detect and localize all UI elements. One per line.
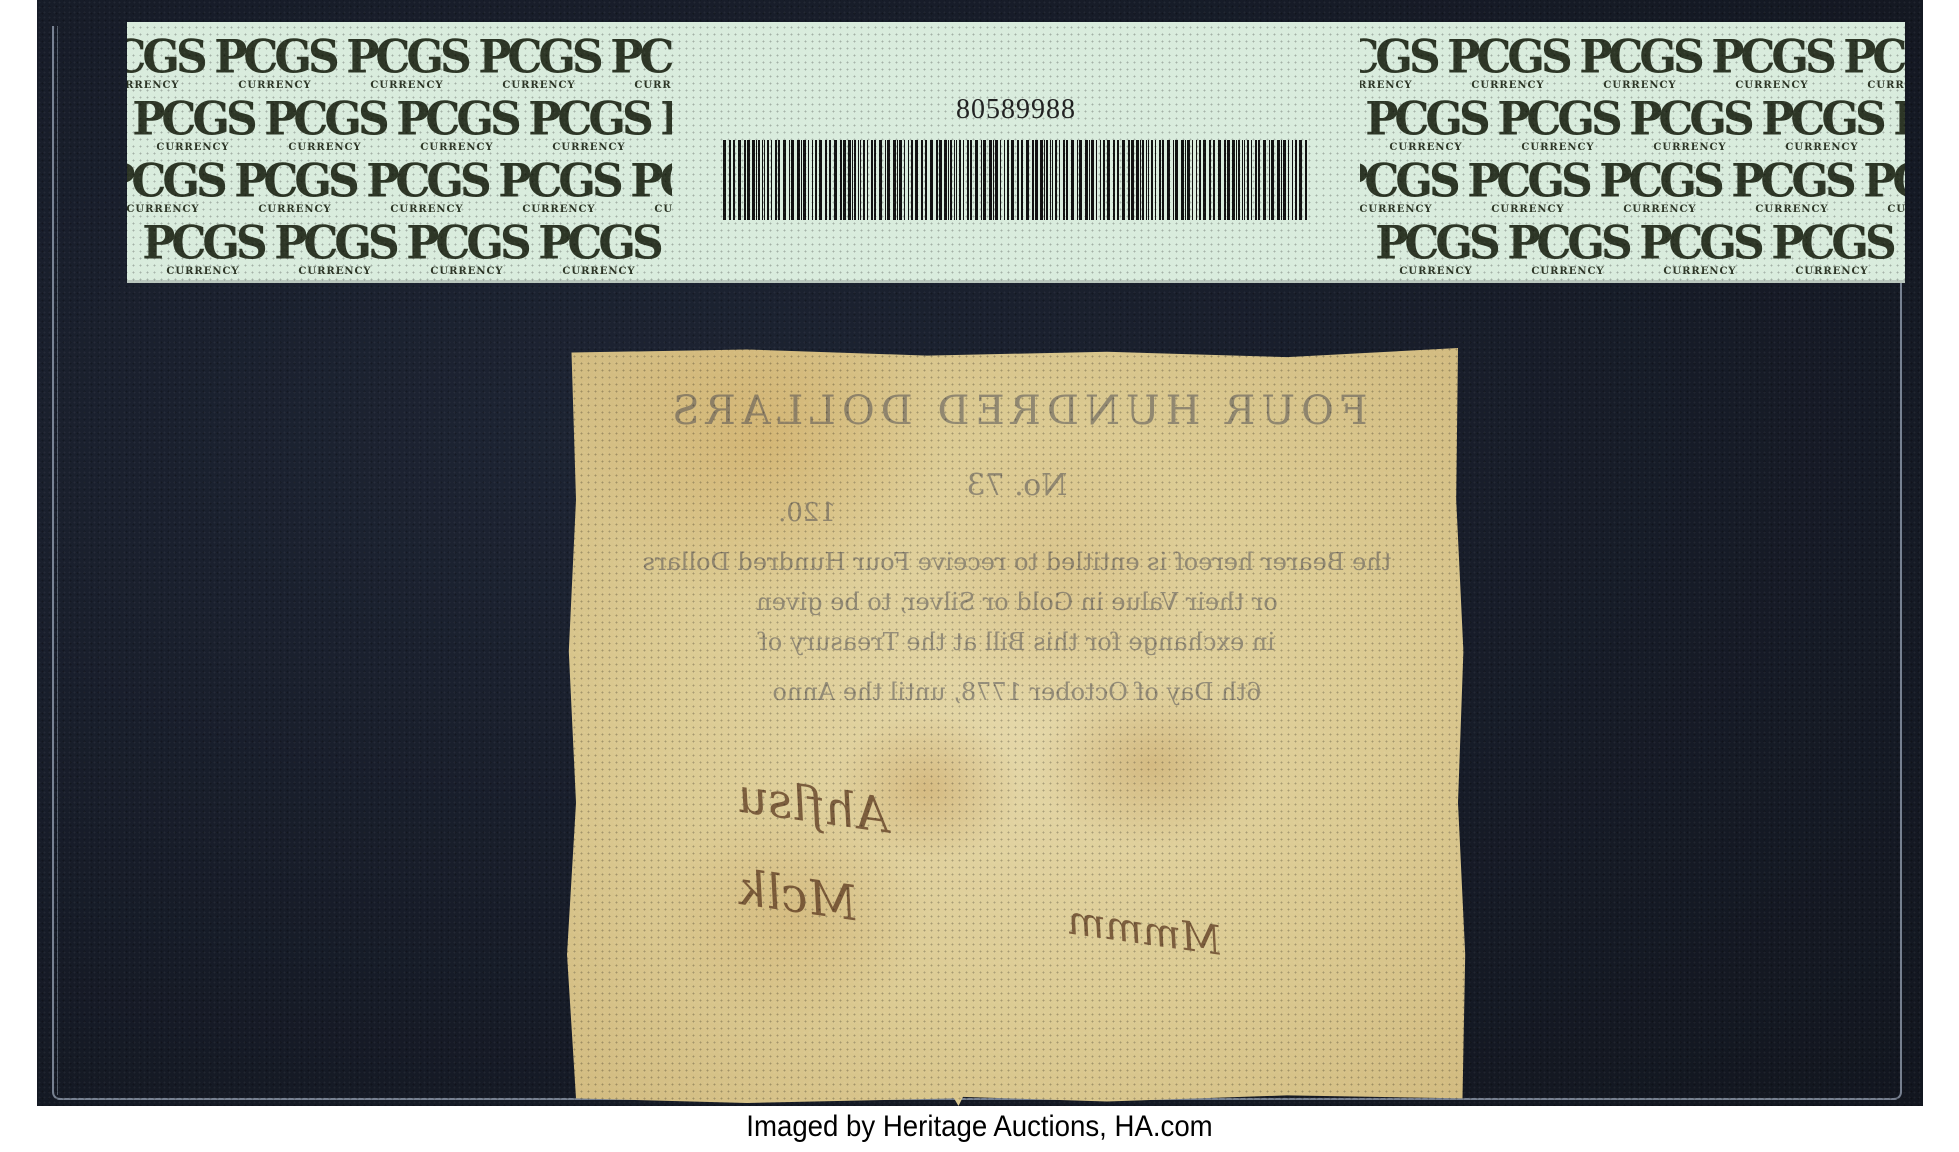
- image-credit-caption: Imaged by Heritage Auctions, HA.com: [78, 1110, 1880, 1144]
- pcgs-logo-icon: PCGSCURRENCY: [1706, 36, 1838, 91]
- holder-serial-number: 80589988: [127, 94, 1905, 126]
- pcgs-logo-icon: PCGSCURRENCY: [1838, 36, 1905, 91]
- pcgs-logo-icon: PCGSCURRENCY: [1634, 222, 1766, 277]
- pcgs-logo-icon: PCGSCURRENCY: [493, 160, 625, 215]
- label-logo-pattern-right: PCGSCURRENCYPCGSCURRENCYPCGSCURRENCYPCGS…: [1360, 22, 1905, 280]
- pcgs-logo-icon: PCGSCURRENCY: [1442, 36, 1574, 91]
- pcgs-logo-icon: PCGSCURRENCY: [401, 222, 533, 277]
- barcode-icon: [723, 140, 1309, 220]
- signature: Ahflsu: [734, 768, 893, 845]
- pcgs-logo-icon: PCGSCURRENCY: [1370, 222, 1502, 277]
- pcgs-logo-icon: PCGSCURRENCY: [127, 36, 209, 91]
- pcgs-logo-icon: PCGSCURRENCY: [1726, 160, 1858, 215]
- pcgs-logo-icon: PCGSCURRENCY: [1360, 36, 1442, 91]
- pcgs-logo-icon: PCGSCURRENCY: [533, 222, 665, 277]
- pcgs-logo-icon: PCGSCURRENCY: [1766, 222, 1898, 277]
- pcgs-logo-icon: PCGSCURRENCY: [473, 36, 605, 91]
- pcgs-logo-icon: PCGSCURRENCY: [137, 222, 269, 277]
- product-photo: PCGSCURRENCYPCGSCURRENCYPCGSCURRENCYPCGS…: [37, 0, 1923, 1106]
- pcgs-logo-icon: PCGSCURRENCY: [361, 160, 493, 215]
- note-text-line: the Bearer hereof is entitled to receive…: [567, 548, 1467, 576]
- pcgs-logo-icon: PCGSCURRENCY: [1462, 160, 1594, 215]
- pcgs-logo-icon: PCGSCURRENCY: [665, 222, 672, 277]
- holder-label: PCGSCURRENCYPCGSCURRENCYPCGSCURRENCYPCGS…: [127, 22, 1905, 280]
- pcgs-logo-icon: PCGSCURRENCY: [605, 36, 672, 91]
- pcgs-logo-icon: PCGSCURRENCY: [625, 160, 672, 215]
- currency-note-back: FOUR HUNDRED DOLLARS No. 73 120. the Bea…: [567, 348, 1467, 1106]
- pcgs-logo-icon: PCGSCURRENCY: [229, 160, 361, 215]
- signature: Mmmm: [1065, 897, 1225, 964]
- label-logo-pattern-left: PCGSCURRENCYPCGSCURRENCYPCGSCURRENCYPCGS…: [127, 22, 672, 280]
- note-text-line: or their Value in Gold or Silver, to be …: [567, 588, 1467, 616]
- pcgs-logo-icon: PCGSCURRENCY: [1502, 222, 1634, 277]
- pcgs-logo-icon: PCGSCURRENCY: [341, 36, 473, 91]
- pcgs-logo-icon: PCGSCURRENCY: [269, 222, 401, 277]
- note-text-title: FOUR HUNDRED DOLLARS: [567, 388, 1467, 434]
- pcgs-logo-icon: PCGSCURRENCY: [1898, 222, 1905, 277]
- pcgs-logo-icon: PCGSCURRENCY: [1574, 36, 1706, 91]
- note-text-line: 6th Day of October 1778, until the Anno: [567, 678, 1467, 706]
- pcgs-logo-icon: PCGSCURRENCY: [127, 160, 229, 215]
- signature: Mclk: [734, 860, 861, 932]
- pcgs-logo-icon: PCGSCURRENCY: [209, 36, 341, 91]
- pcgs-logo-icon: PCGSCURRENCY: [1594, 160, 1726, 215]
- pcgs-logo-icon: PCGSCURRENCY: [1360, 160, 1462, 215]
- pcgs-logo-icon: PCGSCURRENCY: [1858, 160, 1905, 215]
- note-text-line: in exchange for this Bill at the Treasur…: [567, 628, 1467, 656]
